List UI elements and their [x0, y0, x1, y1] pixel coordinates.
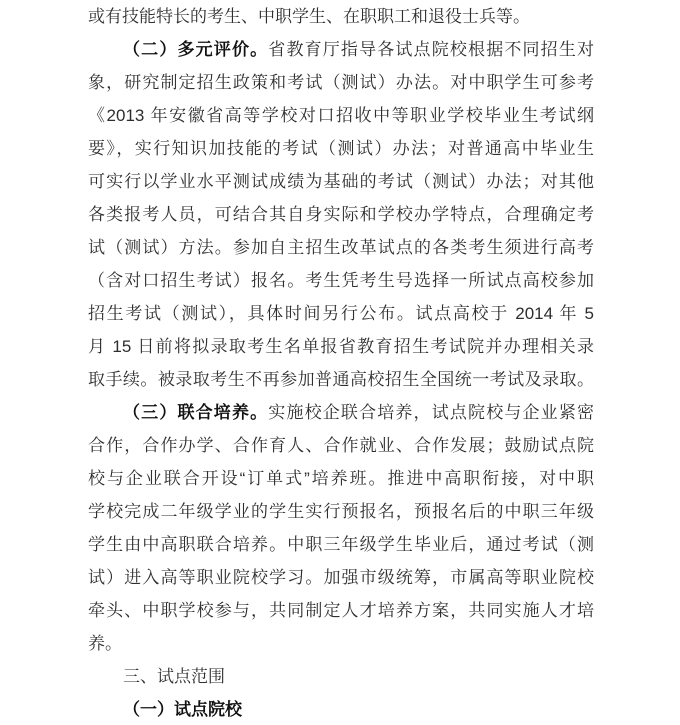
text-line: 《2013 年安徽省高等学校对口招收中等职业学校毕业生考试纲 [88, 99, 594, 132]
document-page: 或有技能特长的考生、中职学生、在职职工和退役士兵等。 （二）多元评价。省教育厅指… [0, 0, 680, 725]
text-line: 试（测试）方法。参加自主招生改革试点的各类考生须进行高考 [88, 231, 594, 264]
line-text: 实施校企联合培养，试点院校与企业紧密 [268, 403, 594, 422]
line-text: 养。 [88, 634, 122, 653]
subsection-heading-line: （一）试点院校 [88, 693, 594, 725]
line-text: 象，研究制定招生政策和考试（测试）办法。对中职学生可参考 [88, 73, 594, 92]
text-line: （含对口招生考试）报名。考生凭考生号选择一所试点高校参加 [88, 264, 594, 297]
line-text: 可实行以学业水平测试成绩为基础的考试（测试）办法；对其他 [88, 172, 594, 191]
text-line: 或有技能特长的考生、中职学生、在职职工和退役士兵等。 [88, 0, 594, 33]
line-text: 学校完成二年级学业的学生实行预报名，预报名后的中职三年级 [88, 502, 594, 521]
chapter-title-text: 三、试点范围 [123, 667, 225, 686]
text-line: 象，研究制定招生政策和考试（测试）办法。对中职学生可参考 [88, 66, 594, 99]
text-line: 要》，实行知识加技能的考试（测试）办法；对普通高中毕业生 [88, 132, 594, 165]
line-text: 省教育厅指导各试点院校根据不同招生对 [268, 40, 594, 59]
subsection-heading-pilot-schools: （一）试点院校 [123, 700, 242, 719]
line-text: 试（测试）方法。参加自主招生改革试点的各类考生须进行高考 [88, 238, 594, 257]
line-text: 合作，合作办学、合作育人、合作就业、合作发展；鼓励试点院 [88, 436, 594, 455]
text-line: 取手续。被录取考生不再参加普通高校招生全国统一考试及录取。 [88, 363, 594, 396]
text-line: 学生由中高职联合培养。中职三年级学生毕业后，通过考试（测 [88, 528, 594, 561]
line-text: 招生考试（测试），具体时间另行公布。试点高校于 2014 年 5 [88, 304, 594, 323]
line-text: （含对口招生考试）报名。考生凭考生号选择一所试点高校参加 [88, 271, 594, 290]
text-line: 合作，合作办学、合作育人、合作就业、合作发展；鼓励试点院 [88, 429, 594, 462]
line-text: 或有技能特长的考生、中职学生、在职职工和退役士兵等。 [88, 7, 530, 26]
text-line: 招生考试（测试），具体时间另行公布。试点高校于 2014 年 5 [88, 297, 594, 330]
section-heading-joint-training: （三）联合培养。 [123, 403, 268, 422]
line-text: 《2013 年安徽省高等学校对口招收中等职业学校毕业生考试纲 [88, 106, 594, 125]
text-line: 学校完成二年级学业的学生实行预报名，预报名后的中职三年级 [88, 495, 594, 528]
chapter-title-line: 三、试点范围 [88, 660, 594, 693]
text-line: 各类报考人员，可结合其自身实际和学校办学特点，合理确定考 [88, 198, 594, 231]
text-line: 牵头、中职学校参与，共同制定人才培养方案，共同实施人才培 [88, 594, 594, 627]
section-heading-multi-evaluation: （二）多元评价。 [123, 40, 268, 59]
paragraph-start-line: （二）多元评价。省教育厅指导各试点院校根据不同招生对 [88, 33, 594, 66]
text-line: 可实行以学业水平测试成绩为基础的考试（测试）办法；对其他 [88, 165, 594, 198]
line-text: 学生由中高职联合培养。中职三年级学生毕业后，通过考试（测 [88, 535, 594, 554]
line-text: 要》，实行知识加技能的考试（测试）办法；对普通高中毕业生 [88, 139, 594, 158]
line-text: 取手续。被录取考生不再参加普通高校招生全国统一考试及录取。 [88, 370, 594, 389]
line-text: 牵头、中职学校参与，共同制定人才培养方案，共同实施人才培 [88, 601, 594, 620]
text-line: 月 15 日前将拟录取考生名单报省教育招生考试院并办理相关录 [88, 330, 594, 363]
text-line: 试）进入高等职业院校学习。加强市级统筹，市属高等职业院校 [88, 561, 594, 594]
paragraph-start-line: （三）联合培养。实施校企联合培养，试点院校与企业紧密 [88, 396, 594, 429]
line-text: 月 15 日前将拟录取考生名单报省教育招生考试院并办理相关录 [88, 337, 594, 356]
text-line: 校与企业联合开设“订单式”培养班。推进中高职衔接，对中职 [88, 462, 594, 495]
line-text: 试）进入高等职业院校学习。加强市级统筹，市属高等职业院校 [88, 568, 594, 587]
line-text: 校与企业联合开设“订单式”培养班。推进中高职衔接，对中职 [88, 469, 594, 488]
line-text: 各类报考人员，可结合其自身实际和学校办学特点，合理确定考 [88, 205, 594, 224]
text-line: 养。 [88, 627, 594, 660]
